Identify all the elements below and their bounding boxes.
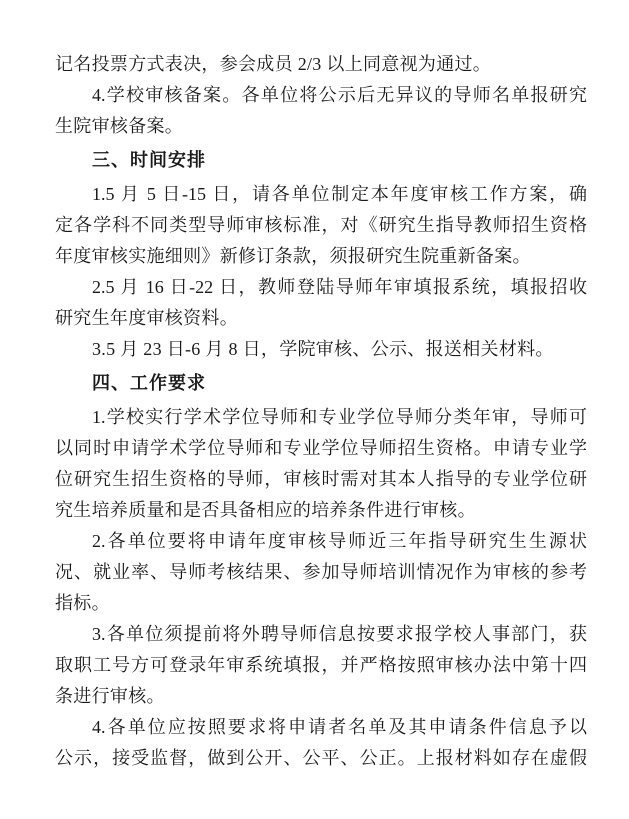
text-line: 2.各单位要将申请年度审核导师近三年指导研究生生源状 xyxy=(55,526,587,557)
text-line: 4.各单位应按照要求将申请者名单及其申请条件信息予以 xyxy=(55,712,587,743)
text-line: 取职工号方可登录年审系统填报，并严格按照审核办法中第十四 xyxy=(55,650,587,681)
text-line: 定各学科不同类型导师审核标准，对《研究生指导教师招生资格 xyxy=(55,210,587,241)
text-line: 4.学校审核备案。各单位将公示后无异议的导师名单报研究 xyxy=(55,80,587,111)
section-heading-schedule: 三、时间安排 xyxy=(55,145,587,176)
text-line: 3.5 月 23 日-6 月 8 日，学院审核、公示、报送相关材料。 xyxy=(55,334,587,365)
text-line: 以同时申请学术学位导师和专业学位导师招生资格。申请专业学 xyxy=(55,433,587,464)
text-line: 况、就业率、导师考核结果、参加导师培训情况作为审核的参考 xyxy=(55,557,587,588)
text-line: 1.学校实行学术学位导师和专业学位导师分类年审，导师可 xyxy=(55,402,587,433)
text-line: 记名投票方式表决，参会成员 2/3 以上同意视为通过。 xyxy=(55,49,587,80)
text-line: 位研究生招生资格的导师，审核时需对其本人指导的专业学位研 xyxy=(55,464,587,495)
text-line: 3.各单位须提前将外聘导师信息按要求报学校人事部门，获 xyxy=(55,619,587,650)
text-line: 2.5 月 16 日-22 日，教师登陆导师年审填报系统，填报招收 xyxy=(55,272,587,303)
text-line: 公示，接受监督，做到公开、公平、公正。上报材料如存在虚假 xyxy=(55,743,587,774)
text-line: 年度审核实施细则》新修订条款，须报研究生院重新备案。 xyxy=(55,241,587,272)
text-line: 研究生年度审核资料。 xyxy=(55,303,587,334)
section-heading-work-requirements: 四、工作要求 xyxy=(55,368,587,399)
document-page: 记名投票方式表决，参会成员 2/3 以上同意视为通过。 4.学校审核备案。各单位… xyxy=(0,0,629,819)
text-line: 指标。 xyxy=(55,588,587,619)
text-line: 生院审核备案。 xyxy=(55,111,587,142)
text-line: 究生培养质量和是否具备相应的培养条件进行审核。 xyxy=(55,495,587,526)
text-line: 1.5 月 5 日-15 日，请各单位制定本年度审核工作方案，确 xyxy=(55,179,587,210)
text-line: 条进行审核。 xyxy=(55,681,587,712)
